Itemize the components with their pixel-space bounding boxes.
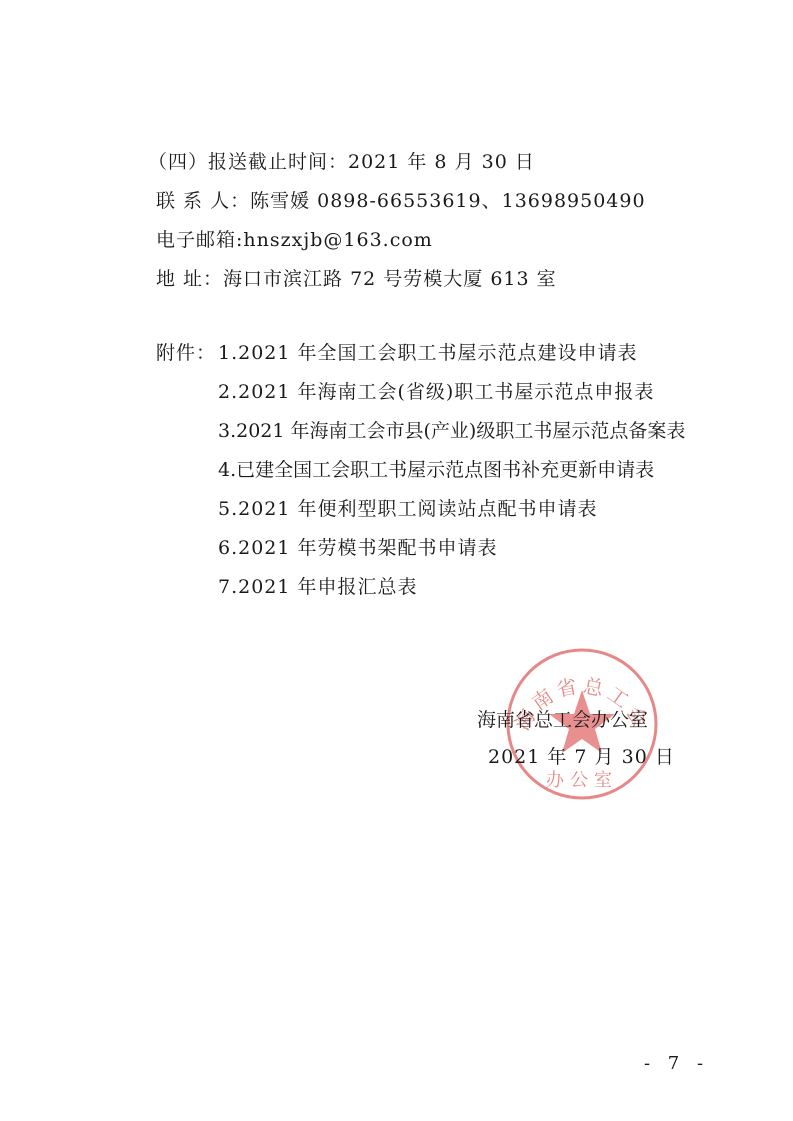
attachment-item: 3.2021 年海南工会市县(产业)级职工书屋示范点备案表 <box>218 419 685 443</box>
attachment-item: 4.已建全国工会职工书屋示范点图书补充更新申请表 <box>218 458 654 482</box>
attachment-item: 2.2021 年海南工会(省级)职工书屋示范点申报表 <box>218 380 654 404</box>
attachment-item: 1.2021 年全国工会职工书屋示范点建设申请表 <box>218 341 638 365</box>
page-number: - 7 - <box>644 1053 709 1074</box>
attachment-item: 5.2021 年便利型职工阅读站点配书申请表 <box>218 497 598 521</box>
address-line: 地 址：海口市滨江路 72 号劳模大厦 613 室 <box>156 267 557 291</box>
contact-line: 联 系 人：陈雪媛 0898-66553619、13698950490 <box>156 189 646 213</box>
signature-org: 海南省总工会办公室 <box>477 708 648 732</box>
attachments-label: 附件： <box>156 341 216 365</box>
email-line: 电子邮箱:hnszxjb@163.com <box>156 228 433 252</box>
deadline-line: （四）报送截止时间：2021 年 8 月 30 日 <box>148 150 535 174</box>
stamp-bottom-text: 办公室 <box>546 770 618 791</box>
attachment-item: 7.2021 年申报汇总表 <box>218 575 418 599</box>
signature-date: 2021 年 7 月 30 日 <box>488 745 675 769</box>
attachment-item: 6.2021 年劳模书架配书申请表 <box>218 536 498 560</box>
